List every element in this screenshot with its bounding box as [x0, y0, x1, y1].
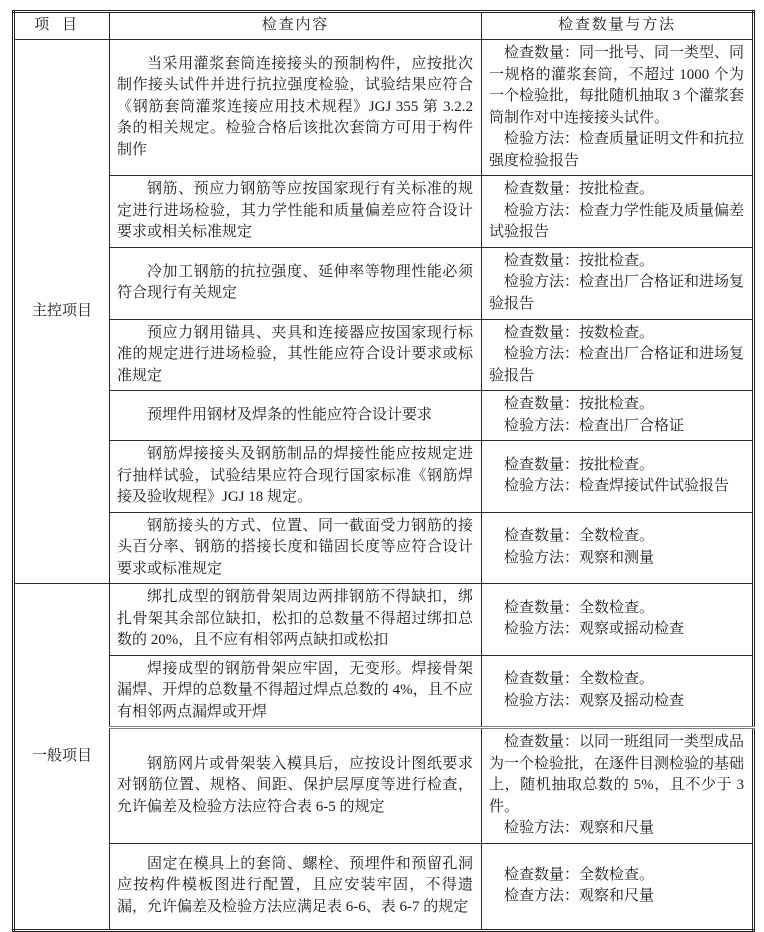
check-quantity-text: 检查数量：按批检查。 — [489, 251, 744, 273]
check-quantity-text: 检查数量：全数检查。 — [489, 865, 744, 887]
inspection-content-text: 钢筋网片或骨架装入模具后，应按设计图纸要求对钢筋位置、规格、间距、保护层厚度等进… — [117, 754, 473, 819]
quantity-method-cell: 检查数量：全数检查。检验方法：观察及摇动检查 — [482, 655, 754, 728]
inspection-content-cell: 固定在模具上的套筒、螺栓、预埋件和预留孔洞应按构件模板图进行配置，且应安装牢固，… — [110, 843, 482, 930]
table-row: 钢筋焊接接头及钢筋制品的焊接性能应按规定进行抽样试验，试验结果应符合现行国家标准… — [14, 441, 754, 513]
inspection-content-text: 预应力钢用锚具、夹具和连接器应按国家现行标准的规定进行进场检验，其性能应符合设计… — [117, 323, 473, 388]
quantity-method-cell: 检查数量：全数检查。检查方法：观察和尺量 — [482, 843, 754, 930]
check-quantity-text: 检查数量：按批检查。 — [489, 179, 744, 201]
inspection-content-text: 焊接成型的钢筋骨架应牢固，无变形。焊接骨架漏焊、开焊的总数量不得超过焊点总数的 … — [117, 659, 473, 724]
table-header: 项目 检查内容 检查数量与方法 — [14, 12, 754, 40]
group-label-general: 一般项目 — [14, 584, 110, 931]
inspection-content-text: 预埋件用钢材及焊条的性能应符合设计要求 — [117, 405, 473, 427]
inspection-content-text: 冷加工钢筋的抗拉强度、延伸率等物理性能必须符合现行有关规定 — [117, 262, 473, 305]
table-row: 焊接成型的钢筋骨架应牢固，无变形。焊接骨架漏焊、开焊的总数量不得超过焊点总数的 … — [14, 655, 754, 728]
table-row: 钢筋网片或骨架装入模具后，应按设计图纸要求对钢筋位置、规格、间距、保护层厚度等进… — [14, 728, 754, 844]
quantity-method-cell: 检查数量：按批检查。检验方法：检查焊接试件试验报告 — [482, 441, 754, 513]
header-row: 项目 检查内容 检查数量与方法 — [14, 12, 754, 40]
check-quantity-text: 检查数量：按批检查。 — [489, 455, 744, 477]
table-row: 预埋件用钢材及焊条的性能应符合设计要求检查数量：按批检查。检验方法：检查出厂合格… — [14, 391, 754, 441]
inspection-content-cell: 绑扎成型的钢筋骨架周边两排钢筋不得缺扣，绑扎骨架其余部位缺扣，松扣的总数量不得超… — [110, 584, 482, 656]
inspection-content-cell: 钢筋、预应力钢筋等应按国家现行有关标准的规定进行进场检验，其力学性能和质量偏差应… — [110, 176, 482, 248]
quantity-method-cell: 检查数量：同一批号、同一类型、同一规格的灌浆套筒，不超过 1000 个为一个检验… — [482, 40, 754, 176]
check-quantity-text: 检查数量：按批检查。 — [489, 394, 744, 416]
table-row: 预应力钢用锚具、夹具和连接器应按国家现行标准的规定进行进场检验，其性能应符合设计… — [14, 319, 754, 391]
inspection-content-cell: 焊接成型的钢筋骨架应牢固，无变形。焊接骨架漏焊、开焊的总数量不得超过焊点总数的 … — [110, 655, 482, 728]
quantity-method-cell: 检查数量：全数检查。检验方法：观察或摇动检查 — [482, 584, 754, 656]
inspection-content-cell: 当采用灌浆套筒连接接头的预制构件，应按批次制作接头试件并进行抗拉强度检验，试验结… — [110, 40, 482, 176]
check-method-text: 检验方法：检查出厂合格证和进场复验报告 — [489, 344, 744, 387]
check-quantity-text: 检查数量：同一批号、同一类型、同一规格的灌浆套筒，不超过 1000 个为一个检验… — [489, 43, 744, 129]
check-method-text: 检查方法：观察和尺量 — [489, 886, 744, 908]
inspection-content-cell: 预应力钢用锚具、夹具和连接器应按国家现行标准的规定进行进场检验，其性能应符合设计… — [110, 319, 482, 391]
quantity-method-cell: 检查数量：按批检查。检验方法：检查力学性能及质量偏差试验报告 — [482, 176, 754, 248]
inspection-content-cell: 钢筋焊接接头及钢筋制品的焊接性能应按规定进行抽样试验，试验结果应符合现行国家标准… — [110, 441, 482, 513]
table-row: 钢筋、预应力钢筋等应按国家现行有关标准的规定进行进场检验，其力学性能和质量偏差应… — [14, 176, 754, 248]
check-quantity-text: 检查数量：全数检查。 — [489, 598, 744, 620]
quantity-method-cell: 检查数量：按数检查。检验方法：检查出厂合格证和进场复验报告 — [482, 319, 754, 391]
inspection-content-text: 钢筋焊接接头及钢筋制品的焊接性能应按规定进行抽样试验，试验结果应符合现行国家标准… — [117, 444, 473, 509]
table-row: 一般项目绑扎成型的钢筋骨架周边两排钢筋不得缺扣，绑扎骨架其余部位缺扣，松扣的总数… — [14, 584, 754, 656]
check-quantity-text: 检查数量：全数检查。 — [489, 669, 744, 691]
table-row: 固定在模具上的套筒、螺栓、预埋件和预留孔洞应按构件模板图进行配置，且应安装牢固，… — [14, 843, 754, 930]
table-row: 钢筋接头的方式、位置、同一截面受力钢筋的接头百分率、钢筋的搭接长度和锚固长度等应… — [14, 512, 754, 584]
inspection-content-text: 钢筋、预应力钢筋等应按国家现行有关标准的规定进行进场检验，其力学性能和质量偏差应… — [117, 179, 473, 244]
check-method-text: 检验方法：检查出厂合格证和进场复验报告 — [489, 272, 744, 315]
inspection-content-cell: 预埋件用钢材及焊条的性能应符合设计要求 — [110, 391, 482, 441]
table-row: 冷加工钢筋的抗拉强度、延伸率等物理性能必须符合现行有关规定检查数量：按批检查。检… — [14, 247, 754, 319]
inspection-content-text: 绑扎成型的钢筋骨架周边两排钢筋不得缺扣，绑扎骨架其余部位缺扣，松扣的总数量不得超… — [117, 587, 473, 652]
inspection-content-cell: 冷加工钢筋的抗拉强度、延伸率等物理性能必须符合现行有关规定 — [110, 247, 482, 319]
column-header-content: 检查内容 — [110, 12, 482, 40]
inspection-content-cell: 钢筋网片或骨架装入模具后，应按设计图纸要求对钢筋位置、规格、间距、保护层厚度等进… — [110, 728, 482, 844]
group-label-main-control: 主控项目 — [14, 40, 110, 584]
inspection-table: 项目 检查内容 检查数量与方法 主控项目当采用灌浆套筒连接接头的预制构件，应按批… — [12, 10, 755, 932]
table-body: 主控项目当采用灌浆套筒连接接头的预制构件，应按批次制作接头试件并进行抗拉强度检验… — [14, 40, 754, 931]
column-header-item: 项目 — [14, 12, 110, 40]
quantity-method-cell: 检查数量：按批检查。检验方法：检查出厂合格证和进场复验报告 — [482, 247, 754, 319]
inspection-content-text: 固定在模具上的套筒、螺栓、预埋件和预留孔洞应按构件模板图进行配置，且应安装牢固，… — [117, 854, 473, 919]
inspection-content-cell: 钢筋接头的方式、位置、同一截面受力钢筋的接头百分率、钢筋的搭接长度和锚固长度等应… — [110, 512, 482, 584]
inspection-content-text: 钢筋接头的方式、位置、同一截面受力钢筋的接头百分率、钢筋的搭接长度和锚固长度等应… — [117, 516, 473, 581]
check-method-text: 检验方法：观察或摇动检查 — [489, 619, 744, 641]
check-quantity-text: 检查数量：按数检查。 — [489, 323, 744, 345]
check-method-text: 检验方法：检查质量证明文件和抗拉强度检验报告 — [489, 129, 744, 172]
check-method-text: 检验方法：观察和尺量 — [489, 818, 744, 840]
quantity-method-cell: 检查数量：按批检查。检验方法：检查出厂合格证 — [482, 391, 754, 441]
check-quantity-text: 检查数量：全数检查。 — [489, 526, 744, 548]
quantity-method-cell: 检查数量：以同一班组同一类型成品为一个检验批，在逐件目测检验的基础上，随机抽取总… — [482, 728, 754, 844]
check-method-text: 检验方法：检查力学性能及质量偏差试验报告 — [489, 201, 744, 244]
inspection-content-text: 当采用灌浆套筒连接接头的预制构件，应按批次制作接头试件并进行抗拉强度检验，试验结… — [117, 54, 473, 162]
column-header-method: 检查数量与方法 — [482, 12, 754, 40]
check-method-text: 检验方法：观察和测量 — [489, 548, 744, 570]
table-row: 主控项目当采用灌浆套筒连接接头的预制构件，应按批次制作接头试件并进行抗拉强度检验… — [14, 40, 754, 176]
check-quantity-text: 检查数量：以同一班组同一类型成品为一个检验批，在逐件目测检验的基础上，随机抽取总… — [489, 732, 744, 818]
check-method-text: 检验方法：检查焊接试件试验报告 — [489, 476, 744, 498]
check-method-text: 检验方法：检查出厂合格证 — [489, 416, 744, 438]
check-method-text: 检验方法：观察及摇动检查 — [489, 691, 744, 713]
quantity-method-cell: 检查数量：全数检查。检验方法：观察和测量 — [482, 512, 754, 584]
